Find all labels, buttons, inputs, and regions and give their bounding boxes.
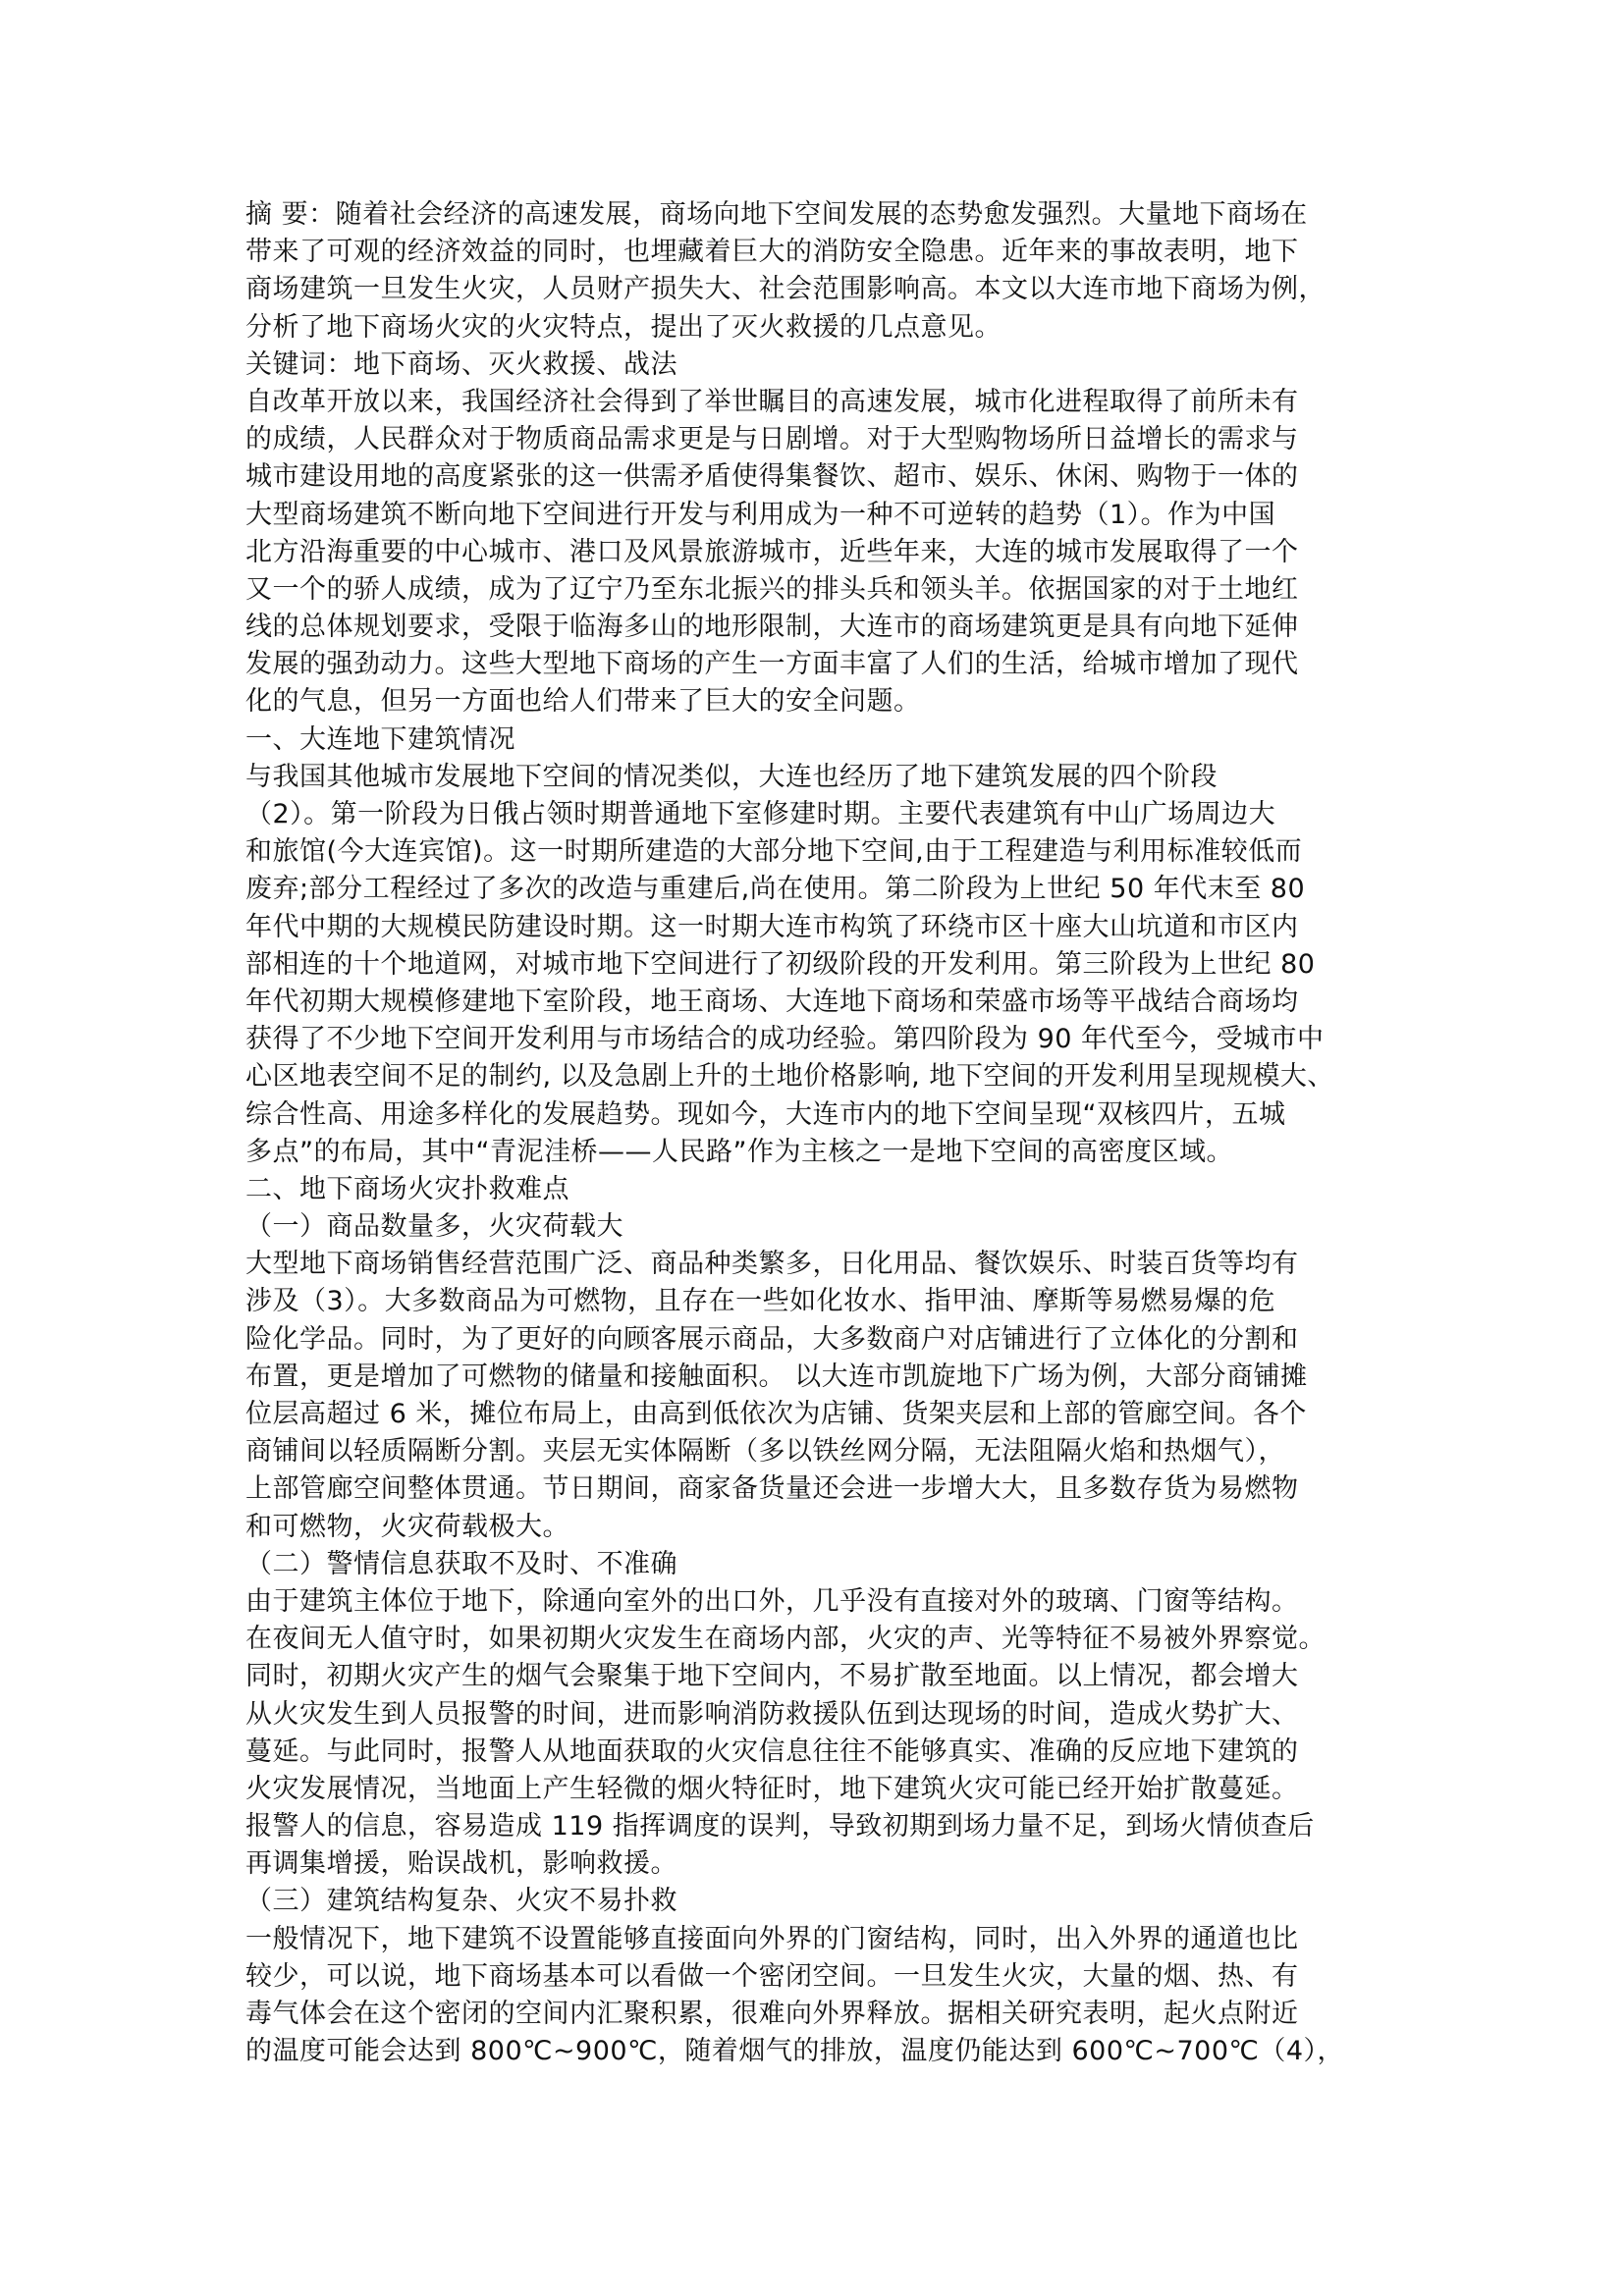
- intro-line: 的成绩，人民群众对于物质商品需求更是与日剧增。对于大型购物场所日益增长的需求与: [245, 421, 1394, 458]
- section-heading-1: 一、大连地下建筑情况: [245, 721, 1394, 759]
- body-line: 废弃;部分工程经过了多次的改造与重建后,尚在使用。第二阶段为上世纪 50 年代末…: [245, 871, 1394, 908]
- body-line: 心区地表空间不足的制约, 以及急剧上升的土地价格影响, 地下空间的开发利用呈现规…: [245, 1058, 1394, 1095]
- subsection-heading-1: （一）商品数量多，火灾荷载大: [245, 1208, 1394, 1246]
- body-line: 一般情况下，地下建筑不设置能够直接面向外界的门窗结构，同时，出入外界的通道也比: [245, 1921, 1394, 1958]
- abstract-line: 分析了地下商场火灾的火灾特点，提出了灭火救援的几点意见。: [245, 309, 1394, 347]
- body-line: 从火灾发生到人员报警的时间，进而影响消防救援队伍到达现场的时间，造成火势扩大、: [245, 1696, 1394, 1734]
- body-line: 同时，初期火灾产生的烟气会聚集于地下空间内，不易扩散至地面。以上情况，都会增大: [245, 1658, 1394, 1695]
- body-line: 涉及（3）。大多数商品为可燃物，且存在一些如化妆水、指甲油、摩斯等易燃易爆的危: [245, 1283, 1394, 1320]
- intro-line: 城市建设用地的高度紧张的这一供需矛盾使得集餐饮、超市、娱乐、休闲、购物于一体的: [245, 458, 1394, 496]
- body-line: 获得了不少地下空间开发利用与市场结合的成功经验。第四阶段为 90 年代至今，受城…: [245, 1021, 1394, 1058]
- body-line: 年代初期大规模修建地下室阶段，地王商场、大连地下商场和荣盛市场等平战结合商场均: [245, 984, 1394, 1021]
- intro-line: 线的总体规划要求，受限于临海多山的地形限制，大连市的商场建筑更是具有向地下延伸: [245, 609, 1394, 646]
- body-line: 蔓延。与此同时，报警人从地面获取的火灾信息往往不能够真实、准确的反应地下建筑的: [245, 1734, 1394, 1771]
- intro-line: 又一个的骄人成绩，成为了辽宁乃至东北振兴的排头兵和领头羊。依据国家的对于土地红: [245, 571, 1394, 609]
- body-line: 毒气体会在这个密闭的空间内汇聚积累，很难向外界释放。据相关研究表明，起火点附近: [245, 1996, 1394, 2033]
- body-line: 的温度可能会达到 800℃~900℃，随着烟气的排放，温度仍能达到 600℃~7…: [245, 2033, 1394, 2070]
- body-line: （2）。第一阶段为日俄占领时期普通地下室修建时期。主要代表建筑有中山广场周边大: [245, 796, 1394, 833]
- body-line: 在夜间无人值守时，如果初期火灾发生在商场内部，火灾的声、光等特征不易被外界察觉。: [245, 1621, 1394, 1658]
- body-line: 大型地下商场销售经营范围广泛、商品种类繁多，日化用品、餐饮娱乐、时装百货等均有: [245, 1246, 1394, 1283]
- subsection-heading-2: （二）警情信息获取不及时、不准确: [245, 1546, 1394, 1583]
- body-line: 再调集增援，贻误战机，影响救援。: [245, 1845, 1394, 1883]
- body-line: 报警人的信息，容易造成 119 指挥调度的误判，导致初期到场力量不足，到场火情侦…: [245, 1808, 1394, 1845]
- body-line: 与我国其他城市发展地下空间的情况类似，大连也经历了地下建筑发展的四个阶段: [245, 759, 1394, 796]
- subsection-heading-3: （三）建筑结构复杂、火灾不易扑救: [245, 1883, 1394, 1920]
- body-line: 布置，更是增加了可燃物的储量和接触面积。 以大连市凯旋地下广场为例，大部分商铺摊: [245, 1359, 1394, 1396]
- abstract-line: 带来了可观的经济效益的同时，也埋藏着巨大的消防安全隐患。近年来的事故表明，地下: [245, 234, 1394, 271]
- body-line: 和旅馆(今大连宾馆)。这一时期所建造的大部分地下空间,由于工程建造与利用标准较低…: [245, 833, 1394, 871]
- section-heading-2: 二、地下商场火灾扑救难点: [245, 1171, 1394, 1208]
- body-line: 较少，可以说，地下商场基本可以看做一个密闭空间。一旦发生火灾，大量的烟、热、有: [245, 1958, 1394, 1996]
- body-line: 位层高超过 6 米，摊位布局上，由高到低依次为店铺、货架夹层和上部的管廊空间。各…: [245, 1396, 1394, 1433]
- body-line: 多点”的布局，其中“青泥洼桥——人民路”作为主核之一是地下空间的高密度区域。: [245, 1134, 1394, 1171]
- keywords-line: 关键词：地下商场、灭火救援、战法: [245, 347, 1394, 384]
- body-line: 由于建筑主体位于地下，除通向室外的出口外，几乎没有直接对外的玻璃、门窗等结构。: [245, 1583, 1394, 1621]
- body-line: 综合性高、用途多样化的发展趋势。现如今，大连市内的地下空间呈现“双核四片，五城: [245, 1096, 1394, 1134]
- body-line: 年代中期的大规模民防建设时期。这一时期大连市构筑了环绕市区十座大山坑道和市区内: [245, 909, 1394, 946]
- intro-line: 北方沿海重要的中心城市、港口及风景旅游城市，近些年来，大连的城市发展取得了一个: [245, 534, 1394, 571]
- body-line: 商铺间以轻质隔断分割。夹层无实体隔断（多以铁丝网分隔，无法阻隔火焰和热烟气），: [245, 1433, 1394, 1470]
- body-line: 上部管廊空间整体贯通。节日期间，商家备货量还会进一步增大大，且多数存货为易燃物: [245, 1470, 1394, 1508]
- body-line: 险化学品。同时，为了更好的向顾客展示商品，大多数商户对店铺进行了立体化的分割和: [245, 1321, 1394, 1359]
- intro-line: 自改革开放以来，我国经济社会得到了举世瞩目的高速发展，城市化进程取得了前所未有: [245, 384, 1394, 421]
- abstract-line: 摘 要：随着社会经济的高速发展，商场向地下空间发展的态势愈发强烈。大量地下商场在: [245, 196, 1394, 234]
- body-line: 部相连的十个地道网，对城市地下空间进行了初级阶段的开发利用。第三阶段为上世纪 8…: [245, 946, 1394, 984]
- intro-line: 化的气息，但另一方面也给人们带来了巨大的安全问题。: [245, 683, 1394, 721]
- intro-line: 大型商场建筑不断向地下空间进行开发与利用成为一种不可逆转的趋势（1）。作为中国: [245, 497, 1394, 534]
- abstract-line: 商场建筑一旦发生火灾，人员财产损失大、社会范围影响高。本文以大连市地下商场为例，: [245, 271, 1394, 308]
- body-line: 和可燃物，火灾荷载极大。: [245, 1509, 1394, 1546]
- intro-line: 发展的强劲动力。这些大型地下商场的产生一方面丰富了人们的生活，给城市增加了现代: [245, 646, 1394, 683]
- body-line: 火灾发展情况，当地面上产生轻微的烟火特征时，地下建筑火灾可能已经开始扩散蔓延。: [245, 1771, 1394, 1808]
- document-body: 摘 要：随着社会经济的高速发展，商场向地下空间发展的态势愈发强烈。大量地下商场在…: [245, 196, 1394, 2070]
